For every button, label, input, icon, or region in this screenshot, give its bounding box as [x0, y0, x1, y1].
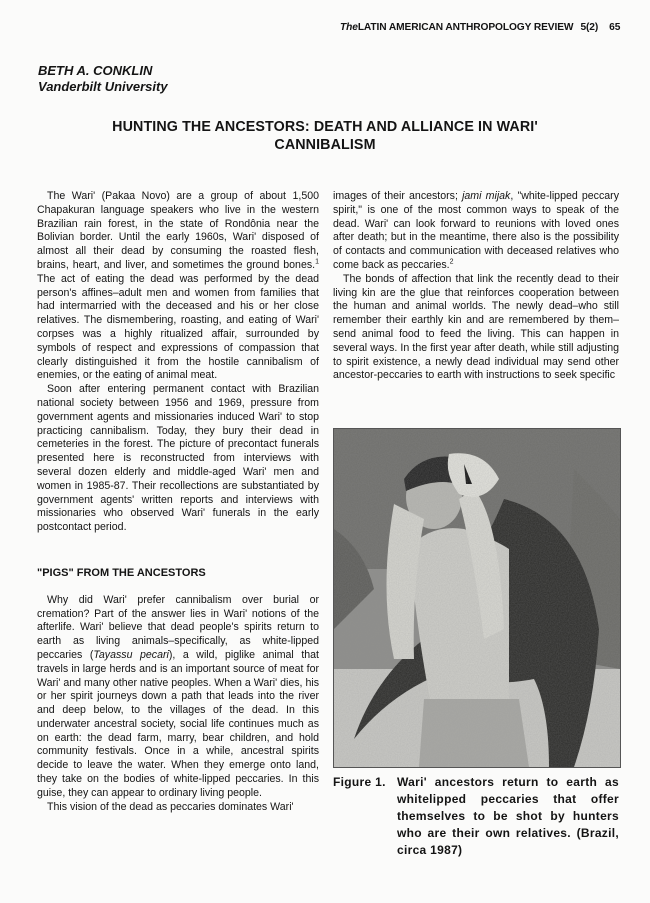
section-heading: "PIGS" FROM THE ANCESTORS: [37, 567, 319, 581]
footnote-marker: 1: [315, 258, 319, 265]
journal-the: The: [340, 22, 358, 33]
article-title: HUNTING THE ANCESTORS: DEATH AND ALLIANC…: [60, 118, 590, 154]
paragraph: The Wari' (Pakaa Novo) are a group of ab…: [37, 190, 319, 383]
paragraph: The bonds of affection that link the rec…: [333, 273, 619, 383]
author-name: BETH A. CONKLIN: [38, 63, 168, 79]
author-affiliation: Vanderbilt University: [38, 79, 168, 95]
paragraph: Why did Wari' prefer cannibalism over bu…: [37, 594, 319, 801]
figure-label: Figure 1.: [333, 774, 386, 791]
footnote-marker: 2: [450, 258, 454, 265]
photo-man-carrying-peccary: [334, 429, 620, 767]
species-name: Tayassu pecari: [93, 649, 168, 661]
paragraph: Soon after entering permanent contact wi…: [37, 383, 319, 535]
text: ), a wild, piglike animal that travels i…: [37, 649, 319, 799]
title-line-2: CANNIBALISM: [60, 136, 590, 154]
journal-name: LATIN AMERICAN ANTHROPOLOGY REVIEW: [358, 22, 574, 33]
text: , "white-lipped peccary spirit," is one …: [333, 190, 619, 271]
author-block: BETH A. CONKLIN Vanderbilt University: [38, 63, 168, 95]
paragraph: This vision of the dead as peccaries dom…: [37, 801, 319, 815]
right-column: images of their ancestors; jami mijak, "…: [333, 190, 619, 383]
journal-issue: 5(2): [580, 22, 598, 33]
figure-photo: [333, 428, 621, 768]
running-head: TheLATIN AMERICAN ANTHROPOLOGY REVIEW5(2…: [340, 22, 628, 33]
paragraph: images of their ancestors; jami mijak, "…: [333, 190, 619, 273]
text: images of their ancestors;: [333, 190, 462, 202]
wari-term: jami mijak: [462, 190, 510, 202]
page-number: 65: [609, 22, 620, 33]
figure-caption-text: Wari' ancestors return to earth as white…: [397, 774, 619, 859]
text: The Wari' (Pakaa Novo) are a group of ab…: [37, 190, 319, 271]
text: The act of eating the dead was performed…: [37, 273, 319, 382]
title-line-1: HUNTING THE ANCESTORS: DEATH AND ALLIANC…: [60, 118, 590, 136]
left-column: The Wari' (Pakaa Novo) are a group of ab…: [37, 190, 319, 814]
